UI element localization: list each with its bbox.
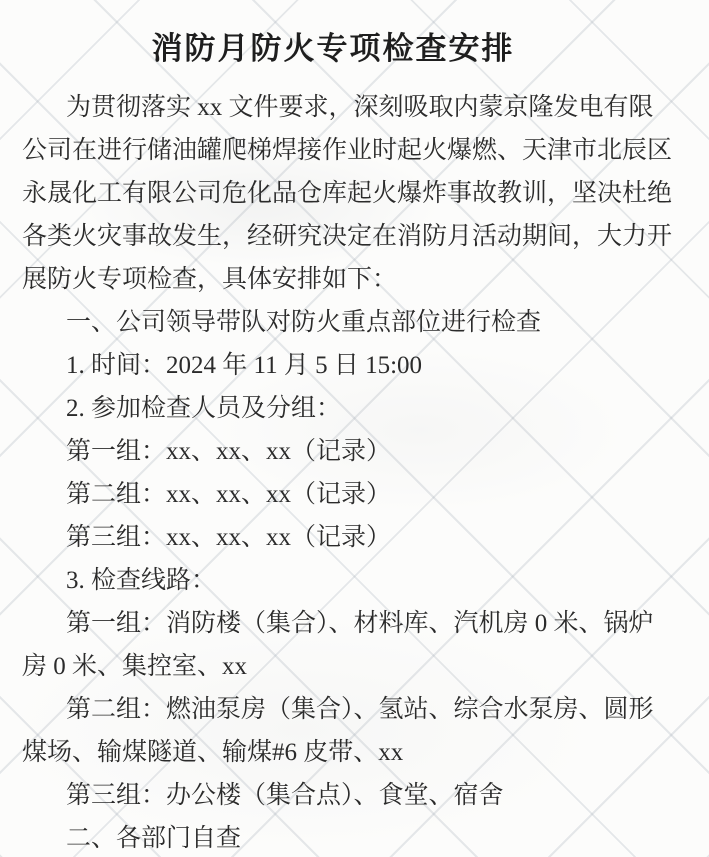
document-line: 为贯彻落实 xx 文件要求，深刻吸取内蒙京隆发电有限 [22, 86, 662, 129]
document-line: 第三组：办公楼（集合点）、食堂、宿舍 [22, 774, 662, 817]
document-line: 第二组：xx、xx、xx（记录） [22, 473, 662, 516]
document-line: 煤场、输煤隧道、输煤#6 皮带、xx [22, 731, 662, 774]
document-line: 2. 参加检查人员及分组： [22, 387, 662, 430]
document-line: 第二组：燃油泵房（集合）、氢站、综合水泵房、圆形 [22, 688, 662, 731]
document-title: 消防月防火专项检查安排 [22, 23, 644, 68]
document-line: 第一组：xx、xx、xx（记录） [22, 430, 662, 473]
document-line: 公司在进行储油罐爬梯焊接作业时起火爆燃、天津市北辰区 [22, 129, 662, 172]
document-line: 各类火灾事故发生，经研究决定在消防月活动期间，大力开 [22, 215, 662, 258]
document-line: 第一组：消防楼（集合）、材料库、汽机房 0 米、锅炉 [22, 602, 662, 645]
document-body: 为贯彻落实 xx 文件要求，深刻吸取内蒙京隆发电有限公司在进行储油罐爬梯焊接作业… [22, 86, 662, 857]
document-page: { "page": { "title": "消防月防火专项检查安排", "col… [0, 0, 709, 857]
document-line: 二、各部门自查 [22, 817, 662, 857]
document-line: 展防火专项检查，具体安排如下： [22, 258, 662, 301]
document-line: 3. 检查线路： [22, 559, 662, 602]
document-line: 第三组：xx、xx、xx（记录） [22, 516, 662, 559]
document-line: 永晟化工有限公司危化品仓库起火爆炸事故教训，坚决杜绝 [22, 172, 662, 215]
document-line: 1. 时间：2024 年 11 月 5 日 15:00 [22, 344, 662, 387]
document-line: 房 0 米、集控室、xx [22, 645, 662, 688]
document-line: 一、公司领导带队对防火重点部位进行检查 [22, 301, 662, 344]
